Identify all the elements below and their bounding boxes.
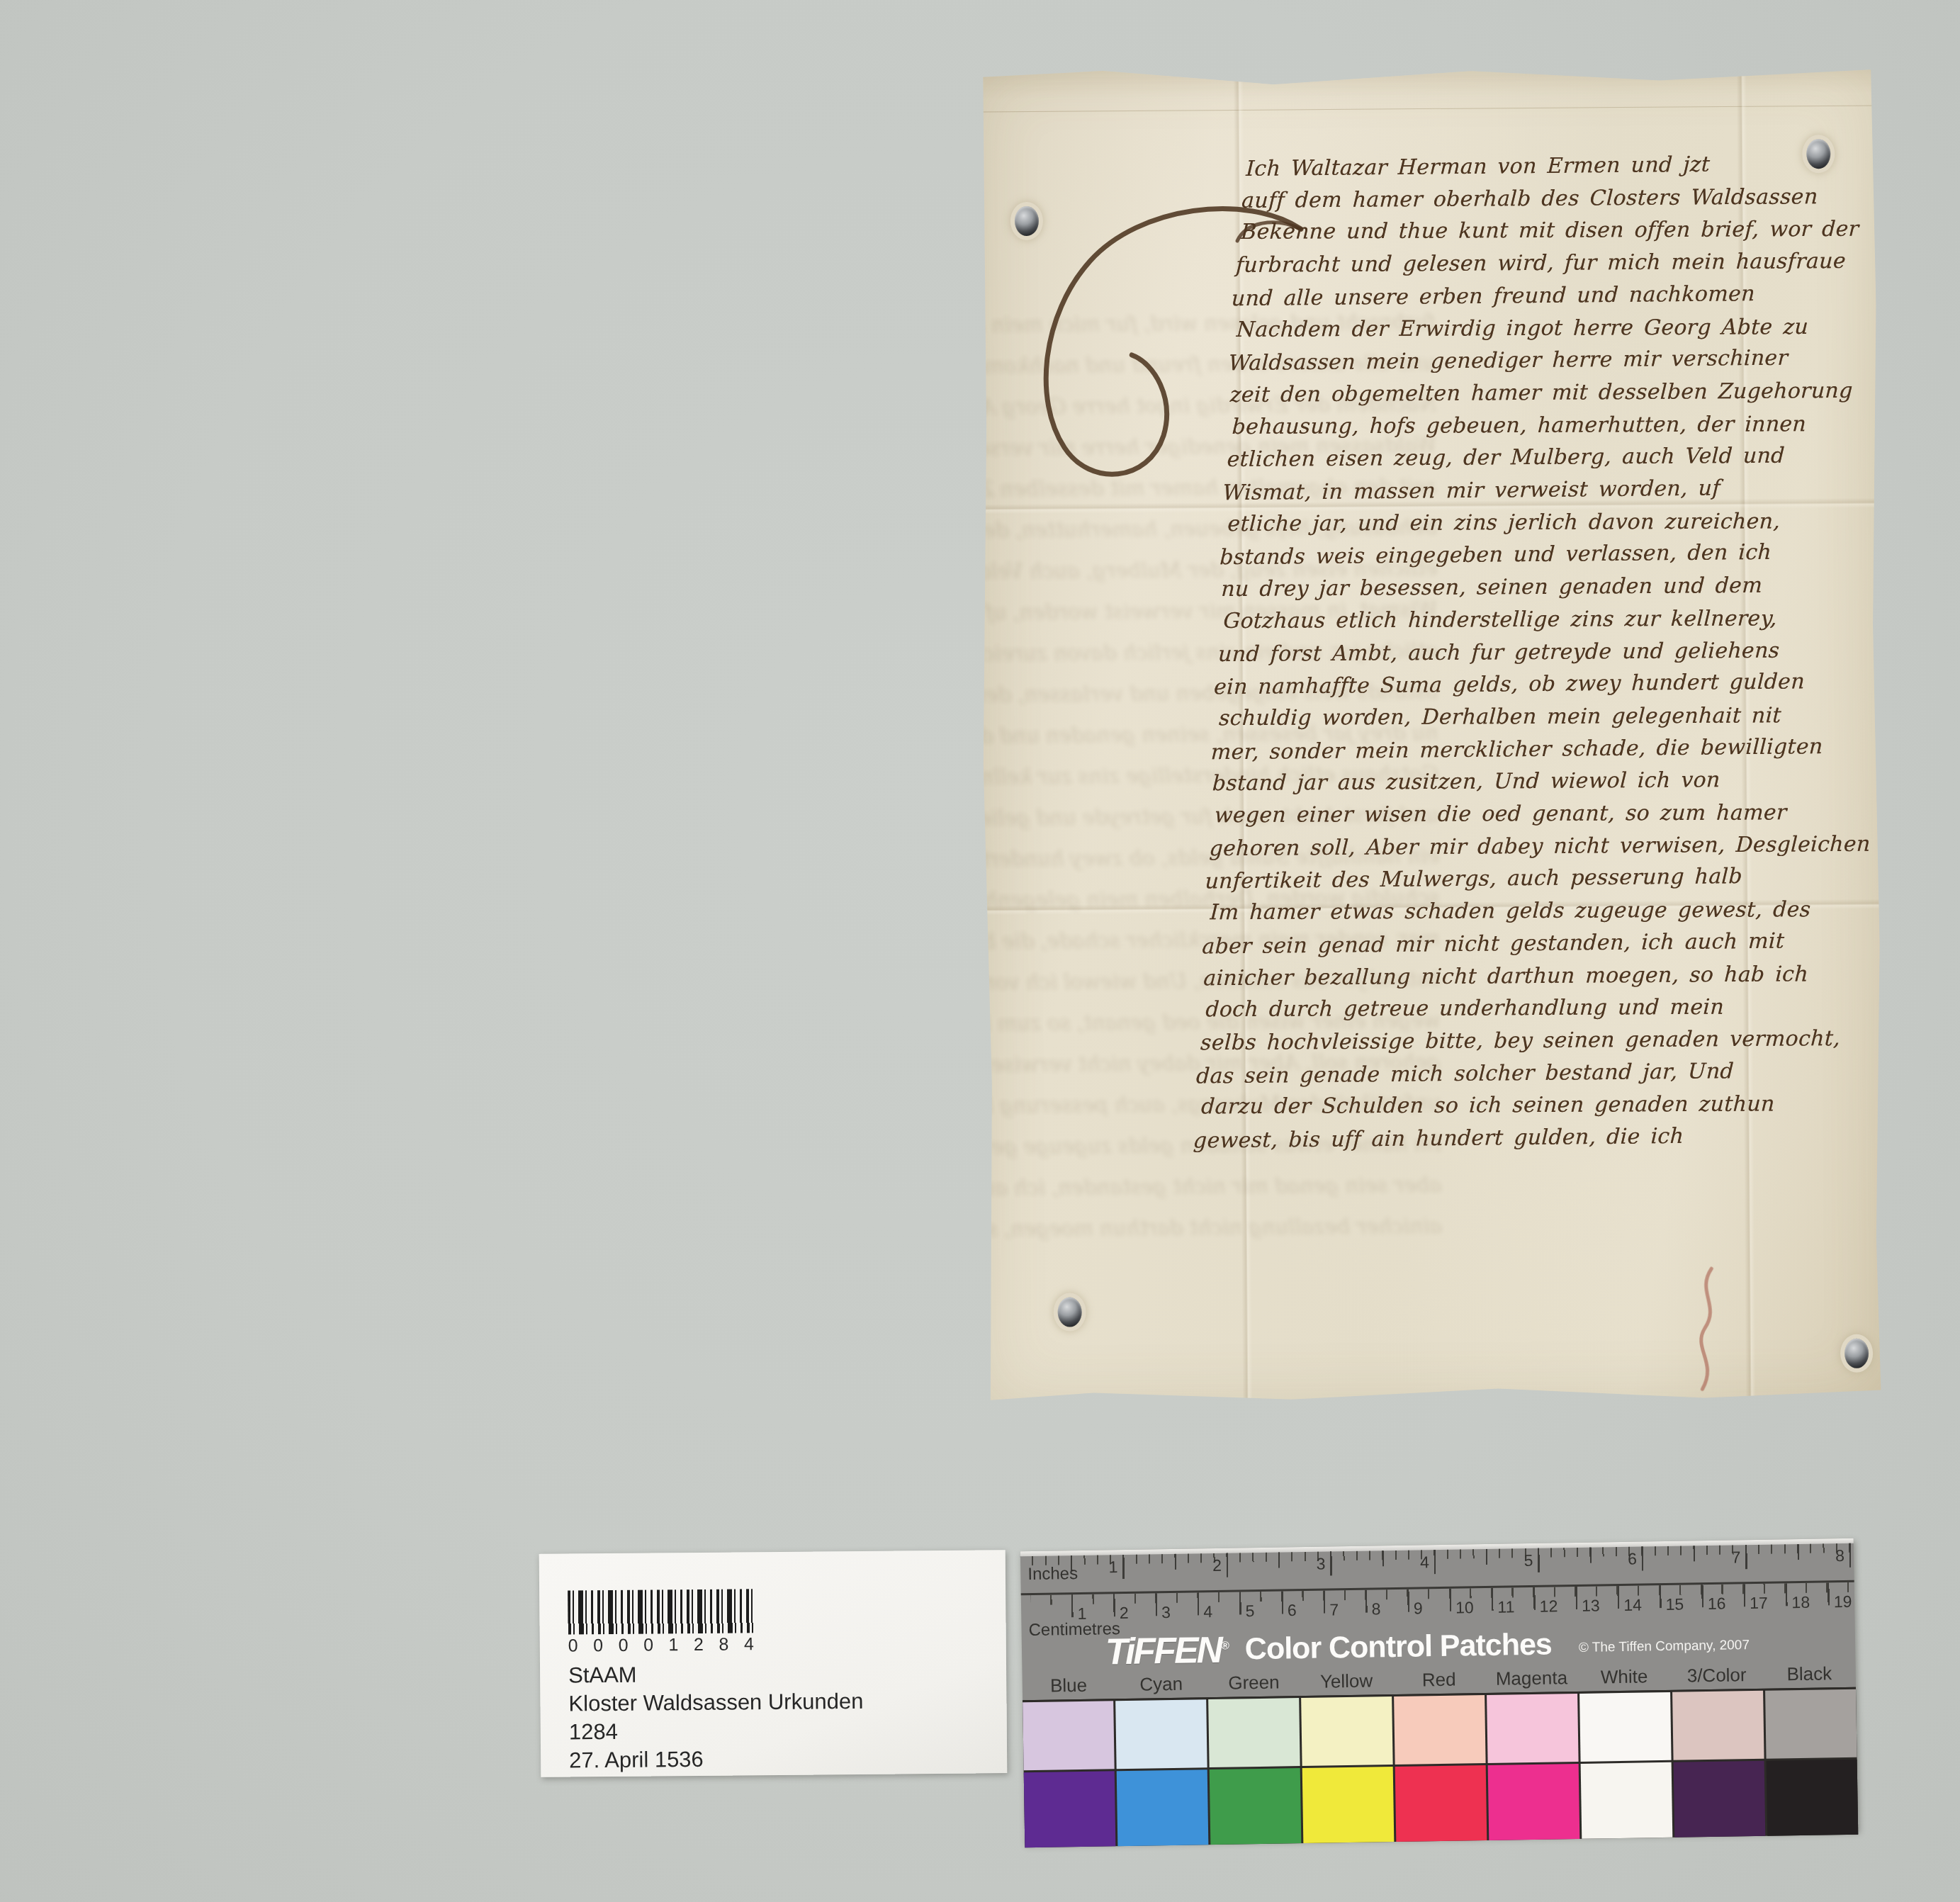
- tiffen-logo: TiFFEN®: [1105, 1628, 1230, 1673]
- manuscript-line: das sein genade mich solcher bestand jar…: [1195, 1054, 1838, 1092]
- cm-number: 10: [1455, 1598, 1474, 1617]
- red-ink-mark: [1683, 1263, 1733, 1397]
- patch-solid-cyan: [1117, 1769, 1209, 1846]
- manuscript-line: unfertikeit des Mulwergs, auch pesserung…: [1205, 860, 1847, 898]
- manuscript-line: doch durch getreue underhandlung und mei…: [1205, 991, 1847, 1026]
- archive-label-line: Kloster Waldsassen Urkunden: [568, 1687, 863, 1718]
- patch-solid-3-color: [1674, 1761, 1766, 1838]
- cm-number: 16: [1708, 1594, 1726, 1614]
- manuscript-line: Ich Waltazar Herman von Ermen und jzt: [1245, 147, 1879, 185]
- patch-tint-3-color: [1672, 1691, 1764, 1760]
- patch-tint-yellow: [1301, 1696, 1392, 1766]
- cm-number: 1: [1077, 1604, 1086, 1624]
- barcode-digit: 0: [643, 1635, 653, 1655]
- manuscript-line: ein namhaffte Suma gelds, ob zwey hunder…: [1213, 665, 1856, 704]
- manuscript-line: bstand jar aus zusitzen, Und wiewol ich …: [1212, 763, 1854, 800]
- card-copyright: © The Tiffen Company, 2007: [1579, 1638, 1750, 1656]
- top-fold-crease: [976, 64, 1875, 113]
- grommet-hole-bottom-right: [1844, 1339, 1869, 1368]
- card-title: Color Control Patches: [1245, 1628, 1553, 1667]
- cm-number: 12: [1540, 1597, 1558, 1616]
- cm-number: 19: [1834, 1592, 1852, 1611]
- barcode-digit: 2: [694, 1635, 704, 1655]
- patch-tint-white: [1579, 1692, 1671, 1762]
- patch-tint-green: [1208, 1698, 1300, 1767]
- manuscript-page: furbracht und gelesen wird, fur mich mei…: [976, 64, 1884, 1406]
- manuscript-line: auff dem hamer oberhalb des Closters Wal…: [1241, 180, 1881, 217]
- patch-label: Green: [1207, 1671, 1300, 1694]
- barcode-digit: 8: [719, 1635, 728, 1655]
- manuscript-line: gehoren soll, Aber mir dabey nicht verwi…: [1209, 828, 1852, 865]
- manuscript-line: wegen einer wisen die oed genant, so zum…: [1214, 797, 1857, 832]
- cm-number: 2: [1120, 1604, 1129, 1623]
- manuscript-line: Waldsassen mein genediger herre mir vers…: [1228, 342, 1871, 380]
- manuscript-line: selbs hochvleissige bitte, bey seinen ge…: [1200, 1023, 1842, 1059]
- inch-number: 3: [1316, 1555, 1325, 1574]
- patch-label: White: [1577, 1665, 1670, 1688]
- manuscript-line: Gotzhaus etlich hinderstellige zins zur …: [1222, 602, 1865, 638]
- manuscript-line: ainicher bezallung nicht darthun moegen,…: [1203, 957, 1845, 994]
- cm-number: 9: [1414, 1599, 1423, 1618]
- archive-label: 00001284 StAAMKloster Waldsassen Urkunde…: [539, 1550, 1008, 1777]
- patch-solid-magenta: [1488, 1764, 1580, 1840]
- cm-number: 11: [1497, 1597, 1514, 1616]
- barcode-digit: 0: [593, 1636, 603, 1656]
- patch-solid-black: [1767, 1760, 1859, 1836]
- patch-tint-red: [1394, 1695, 1485, 1765]
- cm-number: 4: [1203, 1602, 1212, 1621]
- inch-number: 4: [1420, 1553, 1429, 1572]
- archive-label-text: StAAMKloster Waldsassen Urkunden128427. …: [568, 1659, 864, 1775]
- inch-number: 8: [1835, 1546, 1844, 1565]
- manuscript-line: und forst Ambt, auch fur getreyde und ge…: [1217, 634, 1860, 670]
- inch-number: 7: [1731, 1548, 1740, 1567]
- patch-solid-green: [1210, 1768, 1302, 1845]
- showthrough-line: aber sein genad mir nicht gestanden, ich…: [945, 1164, 1441, 1209]
- manuscript-line: Bekenne und thue kunt mit disen offen br…: [1240, 213, 1883, 249]
- patch-label: 3/Color: [1670, 1663, 1763, 1687]
- cm-number: 17: [1750, 1594, 1768, 1613]
- inch-number: 6: [1628, 1550, 1637, 1569]
- cm-number: 6: [1288, 1601, 1297, 1620]
- manuscript-line: Wismat, in massen mir verweist worden, u…: [1222, 471, 1865, 510]
- registered-mark: ®: [1221, 1640, 1229, 1652]
- patch-solid-blue: [1024, 1771, 1116, 1847]
- inch-number: 5: [1523, 1551, 1533, 1570]
- patch-label: Black: [1763, 1662, 1856, 1685]
- archive-label-line: 27. April 1536: [569, 1744, 864, 1775]
- archive-label-line: 1284: [569, 1716, 864, 1747]
- archive-label-line: StAAM: [568, 1659, 863, 1690]
- cm-number: 14: [1623, 1595, 1642, 1614]
- manuscript-line: etlichen eisen zeug, der Mulberg, auch V…: [1227, 439, 1869, 476]
- manuscript-line: bstands weis eingegeben und verlassen, d…: [1219, 536, 1862, 574]
- cm-number: 7: [1329, 1600, 1339, 1619]
- cm-number: 8: [1371, 1599, 1380, 1619]
- barcode-digit: 0: [619, 1636, 629, 1656]
- patch-solid-red: [1395, 1765, 1487, 1842]
- archival-scan-page: { "manuscript": { "ink_color": "#4d3520"…: [0, 0, 1960, 1902]
- manuscript-line: schuldig worden, Derhalben mein gelegenh…: [1218, 699, 1861, 735]
- manuscript-line: mer, sonder mein mercklicher schade, die…: [1210, 730, 1853, 768]
- patch-label: Cyan: [1115, 1672, 1207, 1696]
- patch-solid-white: [1581, 1762, 1673, 1839]
- barcode-digits: 00001284: [568, 1634, 754, 1656]
- ruler-inches-label: Inches: [1027, 1564, 1078, 1585]
- patch-label: Yellow: [1300, 1670, 1393, 1693]
- cm-number: 3: [1161, 1603, 1171, 1622]
- patch-solid-yellow: [1302, 1767, 1395, 1843]
- manuscript-line: Im hamer etwas schaden gelds zugeuge gew…: [1210, 894, 1852, 929]
- inch-number: 1: [1108, 1558, 1117, 1577]
- cm-number: 18: [1791, 1593, 1810, 1612]
- manuscript-line: zeit den obgemelten hamer mit desselben …: [1229, 375, 1872, 412]
- manuscript-line: nu drey jar besessen, seinen genaden und…: [1220, 569, 1863, 606]
- barcode: [568, 1589, 754, 1634]
- manuscript-line: gewest, bis uff ain hundert gulden, die …: [1193, 1119, 1835, 1157]
- barcode-digit: 4: [744, 1634, 754, 1655]
- patch-grid: [1023, 1687, 1858, 1847]
- patch-tint-blue: [1023, 1701, 1114, 1770]
- cm-number: 5: [1245, 1602, 1254, 1621]
- barcode-digit: 0: [568, 1636, 578, 1656]
- manuscript-line: Nachdem der Erwirdig ingot herre Georg A…: [1236, 310, 1879, 346]
- cm-number: 15: [1665, 1595, 1684, 1614]
- color-calibration-card: Inches 12345678 Centimetres 123456789101…: [1020, 1538, 1858, 1843]
- showthrough-line: ainicher bezallung nicht darthun moegen,…: [946, 1205, 1442, 1250]
- patch-tint-cyan: [1115, 1699, 1207, 1769]
- patch-label: Red: [1392, 1667, 1485, 1691]
- patch-label: Blue: [1023, 1674, 1115, 1697]
- grommet-hole-bottom-left: [1058, 1297, 1082, 1327]
- manuscript-line: darzu der Schulden so ich seinen genaden…: [1200, 1088, 1843, 1123]
- cm-number: 13: [1582, 1596, 1600, 1615]
- manuscript-line: etliche jar, und ein zins jerlich davon …: [1227, 505, 1869, 540]
- manuscript-line: und alle unsere erben freund und nachkom…: [1231, 276, 1874, 315]
- patch-tint-black: [1765, 1689, 1857, 1759]
- manuscript-text: Ich Waltazar Herman von Ermen und jztauf…: [1195, 148, 1882, 1157]
- manuscript-line: aber sein genad mir nicht gestanden, ich…: [1201, 925, 1844, 963]
- patch-label: Magenta: [1485, 1666, 1578, 1689]
- manuscript-line: behausung, hofs gebeuen, hamerhutten, de…: [1232, 407, 1874, 443]
- barcode-digit: 1: [668, 1635, 678, 1655]
- inch-number: 2: [1212, 1556, 1222, 1575]
- patch-tint-magenta: [1487, 1694, 1578, 1763]
- manuscript-line: furbracht und gelesen wird, fur mich mei…: [1235, 245, 1878, 282]
